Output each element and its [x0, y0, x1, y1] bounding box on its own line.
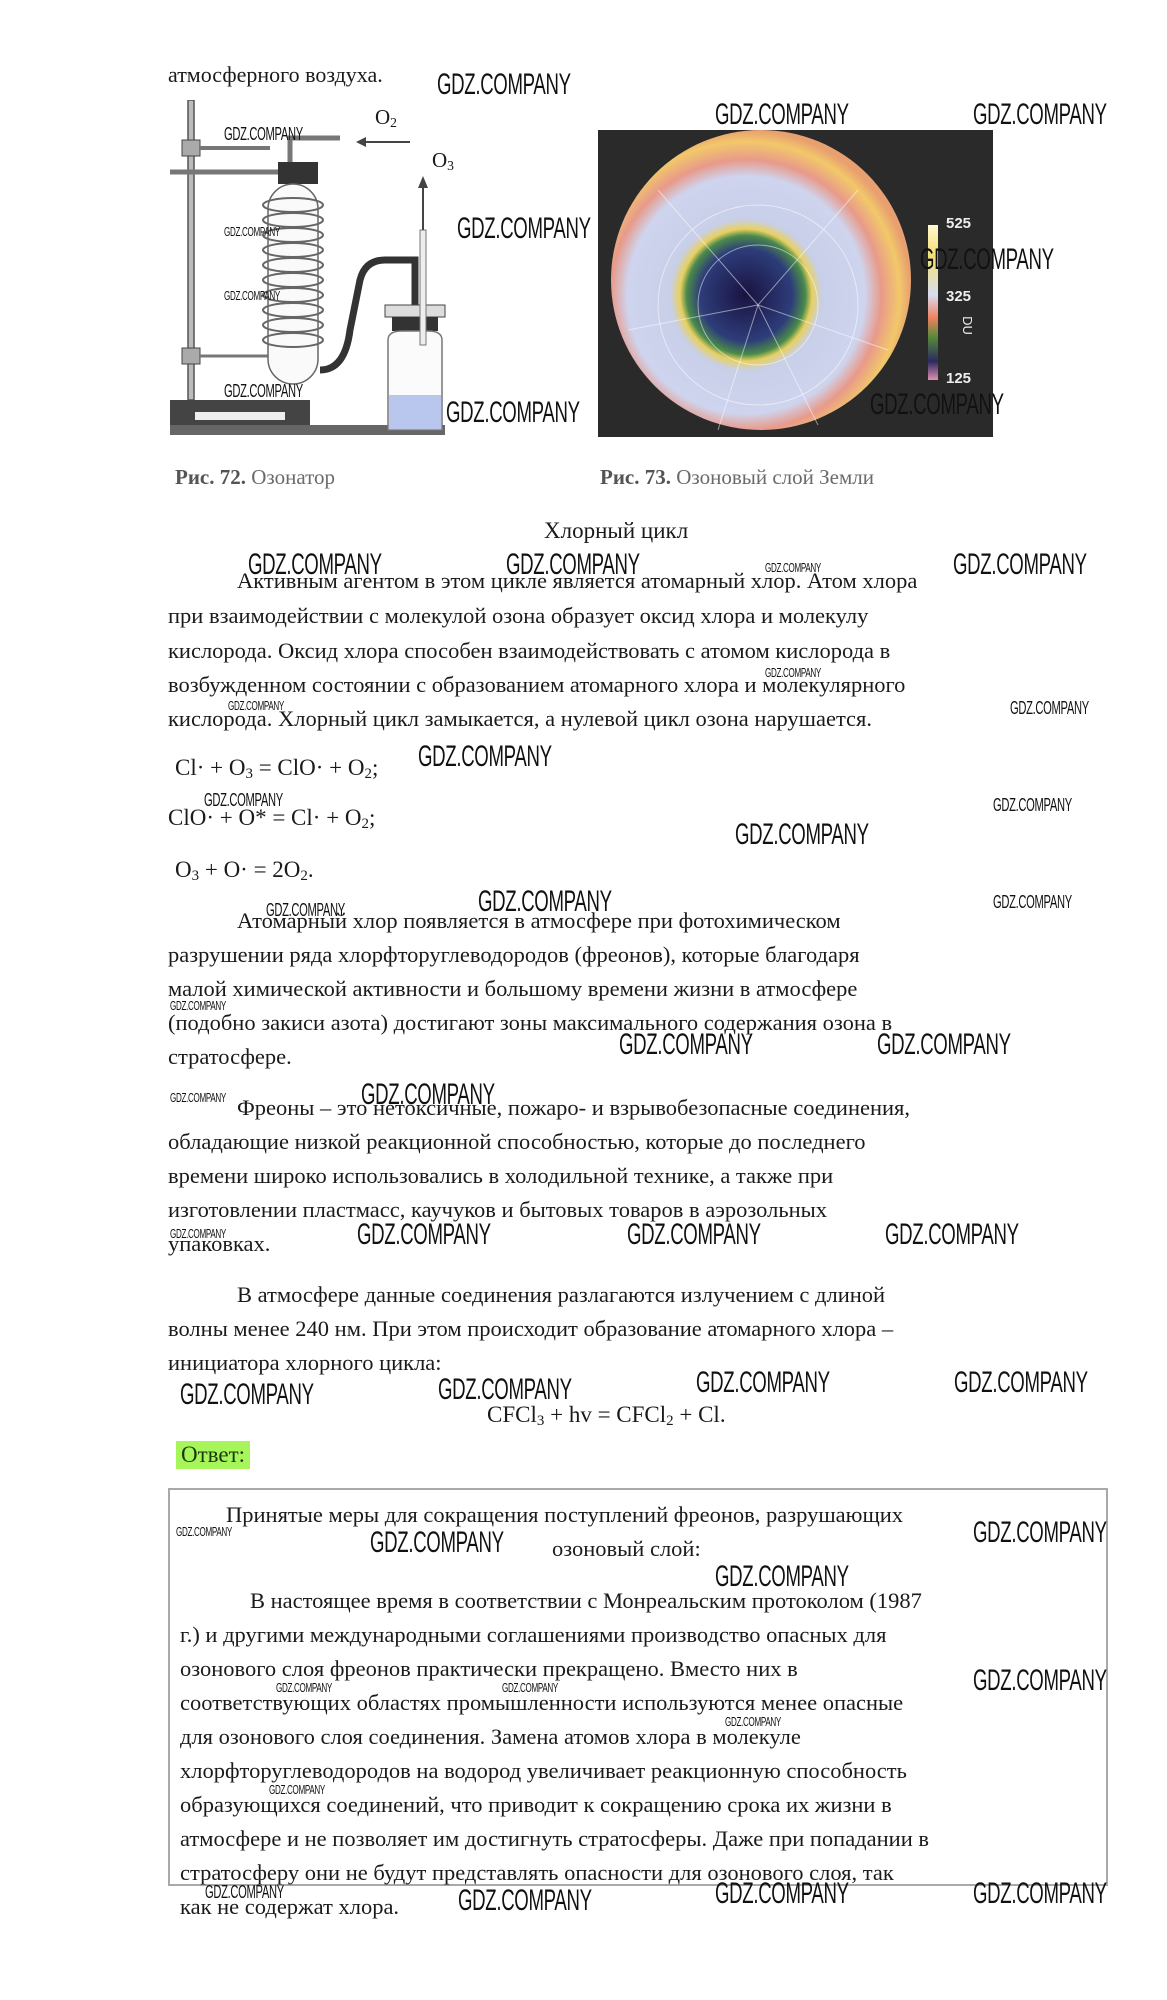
o2-label: O2: [375, 105, 397, 131]
paragraph-line: возбужденном состоянии с образованием ат…: [168, 672, 905, 698]
watermark: GDZ.COMPANY: [696, 1366, 830, 1400]
watermark: GDZ.COMPANY: [418, 740, 552, 774]
ozone-globe-illustration: [598, 130, 993, 437]
answer-line: г.) и другими международными соглашениям…: [180, 1622, 886, 1648]
watermark: GDZ.COMPANY: [993, 795, 1072, 816]
watermark: GDZ.COMPANY: [973, 98, 1107, 132]
answer-line: образующихся соединений, что приводит к …: [180, 1792, 892, 1818]
ozone-layer-image: 525 325 DU 125: [598, 130, 993, 437]
reaction-equation: CFCl3 + hv = CFCl2 + Cl.: [487, 1402, 726, 1434]
paragraph-line: В атмосфере данные соединения разлагаютс…: [237, 1282, 885, 1308]
paragraph-line: Активным агентом в этом цикле является а…: [237, 568, 917, 594]
answer-line: хлорфторуглеводородов на водород увеличи…: [180, 1758, 907, 1784]
paragraph-line: разрушении ряда хлорфторуглеводородов (ф…: [168, 942, 860, 968]
equation-2: ClO· + O* = Cl· + O2;: [168, 805, 375, 837]
paragraph-line: стратосфере.: [168, 1044, 292, 1070]
watermark: GDZ.COMPANY: [885, 1218, 1019, 1252]
equation-1: Cl· + O3 = ClO· + O2;: [175, 755, 378, 787]
watermark: GDZ.COMPANY: [993, 892, 1072, 913]
paragraph-line: малой химической активности и большому в…: [168, 976, 857, 1002]
watermark: GDZ.COMPANY: [170, 1090, 226, 1105]
watermark: GDZ.COMPANY: [437, 68, 571, 102]
answer-label: Ответ:: [176, 1441, 250, 1469]
paragraph-line: обладающие низкой реакционной способност…: [168, 1129, 866, 1155]
scale-max: 525: [946, 215, 971, 232]
scale-unit: DU: [960, 316, 975, 335]
paragraph-line: кислорода. Хлорный цикл замыкается, а ну…: [168, 706, 872, 732]
paragraph-line: при взаимодействии с молекулой озона обр…: [168, 603, 868, 629]
figure-72-caption: Рис. 72. Озонатор: [175, 465, 335, 490]
answer-line: стратосферу они не будут представлять оп…: [180, 1860, 894, 1886]
paragraph-line: изготовлении пластмасс, каучуков и бытов…: [168, 1197, 827, 1223]
paragraph-line: Фреоны – это нетоксичные, пожаро- и взры…: [237, 1095, 910, 1121]
paragraph-line: времени широко использовались в холодиль…: [168, 1163, 833, 1189]
watermark: GDZ.COMPANY: [954, 1366, 1088, 1400]
section-title: Хлорный цикл: [544, 518, 688, 544]
ozonator-figure: O2 O3: [170, 100, 500, 440]
watermark: GDZ.COMPANY: [953, 548, 1087, 582]
watermark: GDZ.COMPANY: [1010, 698, 1089, 719]
answer-line: для озонового слоя соединения. Замена ат…: [180, 1724, 801, 1750]
watermark: GDZ.COMPANY: [735, 818, 869, 852]
answer-line: атмосфере и не позволяет им достигнуть с…: [180, 1826, 929, 1852]
paragraph-line: волны менее 240 нм. При этом происходит …: [168, 1316, 893, 1342]
answer-line: озонового слоя фреонов практически прекр…: [180, 1656, 798, 1682]
paragraph-line: кислорода. Оксид хлора способен взаимоде…: [168, 638, 890, 664]
watermark: GDZ.COMPANY: [715, 98, 849, 132]
equation-3: O3 + O· = 2O2.: [175, 857, 314, 889]
scale-mid: 325: [946, 288, 971, 305]
figure-73-caption: Рис. 73. Озоновый слой Земли: [600, 465, 874, 490]
answer-title: Принятые меры для сокращения поступлений…: [226, 1502, 903, 1528]
paragraph-line: (подобно закиси азота) достигают зоны ма…: [168, 1010, 892, 1036]
answer-line: соответствующих областях промышленности …: [180, 1690, 903, 1716]
watermark: GDZ.COMPANY: [877, 1028, 1011, 1062]
answer-line: как не содержат хлора.: [180, 1894, 399, 1920]
scale-min: 125: [946, 370, 971, 387]
answer-line: В настоящее время в соответствии с Монре…: [250, 1588, 922, 1614]
watermark: GDZ.COMPANY: [180, 1378, 314, 1412]
paragraph-line: инициатора хлорного цикла:: [168, 1350, 442, 1376]
paragraph-line: упаковках.: [168, 1231, 270, 1257]
watermark: GDZ.COMPANY: [357, 1218, 491, 1252]
paragraph-line: Атомарный хлор появляется в атмосфере пр…: [237, 908, 841, 934]
watermark: GDZ.COMPANY: [627, 1218, 761, 1252]
watermark: GDZ.COMPANY: [458, 1884, 592, 1918]
o3-label: O3: [432, 148, 454, 174]
answer-title: озоновый слой:: [552, 1536, 701, 1562]
text-fragment: атмосферного воздуха.: [168, 62, 383, 88]
